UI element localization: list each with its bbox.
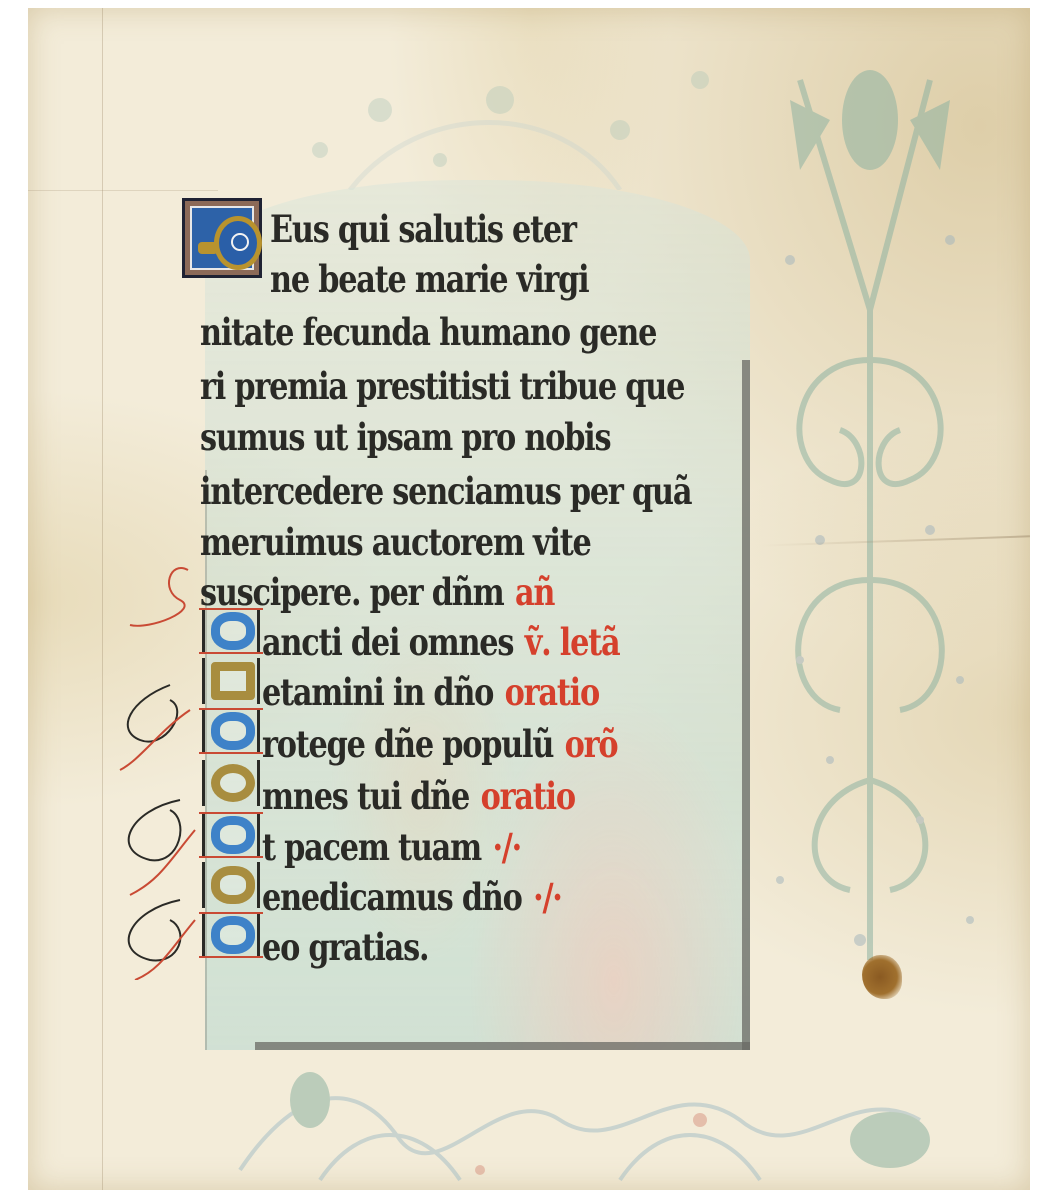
rubric: ṽ. letã bbox=[525, 620, 620, 664]
miniature-frame-bottom bbox=[255, 1042, 750, 1050]
text-line: enedicamus dño·/· bbox=[262, 873, 562, 921]
initial-e bbox=[202, 812, 260, 858]
stain bbox=[862, 955, 902, 999]
text-line: nitate fecunda humano gene bbox=[200, 308, 656, 356]
text-line: rotege dñe populũorõ bbox=[262, 720, 617, 768]
text-line: etamini in dñooratio bbox=[262, 668, 599, 716]
initial-p bbox=[202, 708, 260, 754]
miniature-frame-right bbox=[742, 360, 750, 1050]
rubric: oratio bbox=[481, 774, 575, 818]
text-line: intercedere senciamus per quã bbox=[200, 467, 691, 515]
rubric: oratio bbox=[505, 670, 599, 714]
rubric: ·/· bbox=[533, 875, 562, 919]
text-line: ri premia prestitisti tribue que bbox=[200, 362, 684, 410]
initial-d-small bbox=[202, 912, 260, 958]
text-line: mnes tui dñeoratio bbox=[262, 772, 575, 820]
text-line: ne beate marie virgi bbox=[270, 255, 588, 303]
text-line: Eus qui salutis eter bbox=[270, 205, 576, 253]
bleed-through-border-right bbox=[760, 60, 1000, 1010]
ruling-line bbox=[102, 8, 103, 1190]
text-line: sumus ut ipsam pro nobis bbox=[200, 413, 610, 461]
text-line: ancti dei omnesṽ. letã bbox=[262, 618, 619, 666]
text-line: t pacem tuam·/· bbox=[262, 823, 521, 871]
bleed-through-border-bottom bbox=[200, 1060, 1020, 1190]
initial-b bbox=[202, 862, 260, 908]
initial-l bbox=[202, 658, 260, 704]
text-line: eo gratias. bbox=[262, 923, 428, 971]
rubric: ·/· bbox=[492, 825, 521, 869]
initial-bowl bbox=[214, 216, 262, 270]
text-line: meruimus auctorem vite bbox=[200, 518, 591, 566]
initial-o bbox=[202, 760, 260, 806]
penwork-flourishes bbox=[110, 560, 210, 980]
illuminated-initial-d bbox=[182, 198, 262, 278]
ruling-line bbox=[28, 190, 218, 191]
rubric: añ bbox=[515, 570, 554, 614]
rubric: orõ bbox=[565, 722, 618, 766]
white-penwork-swirl bbox=[231, 233, 249, 251]
bleed-through-border-top bbox=[200, 40, 760, 190]
text-line: suscipere. per dñmañ bbox=[200, 568, 554, 616]
